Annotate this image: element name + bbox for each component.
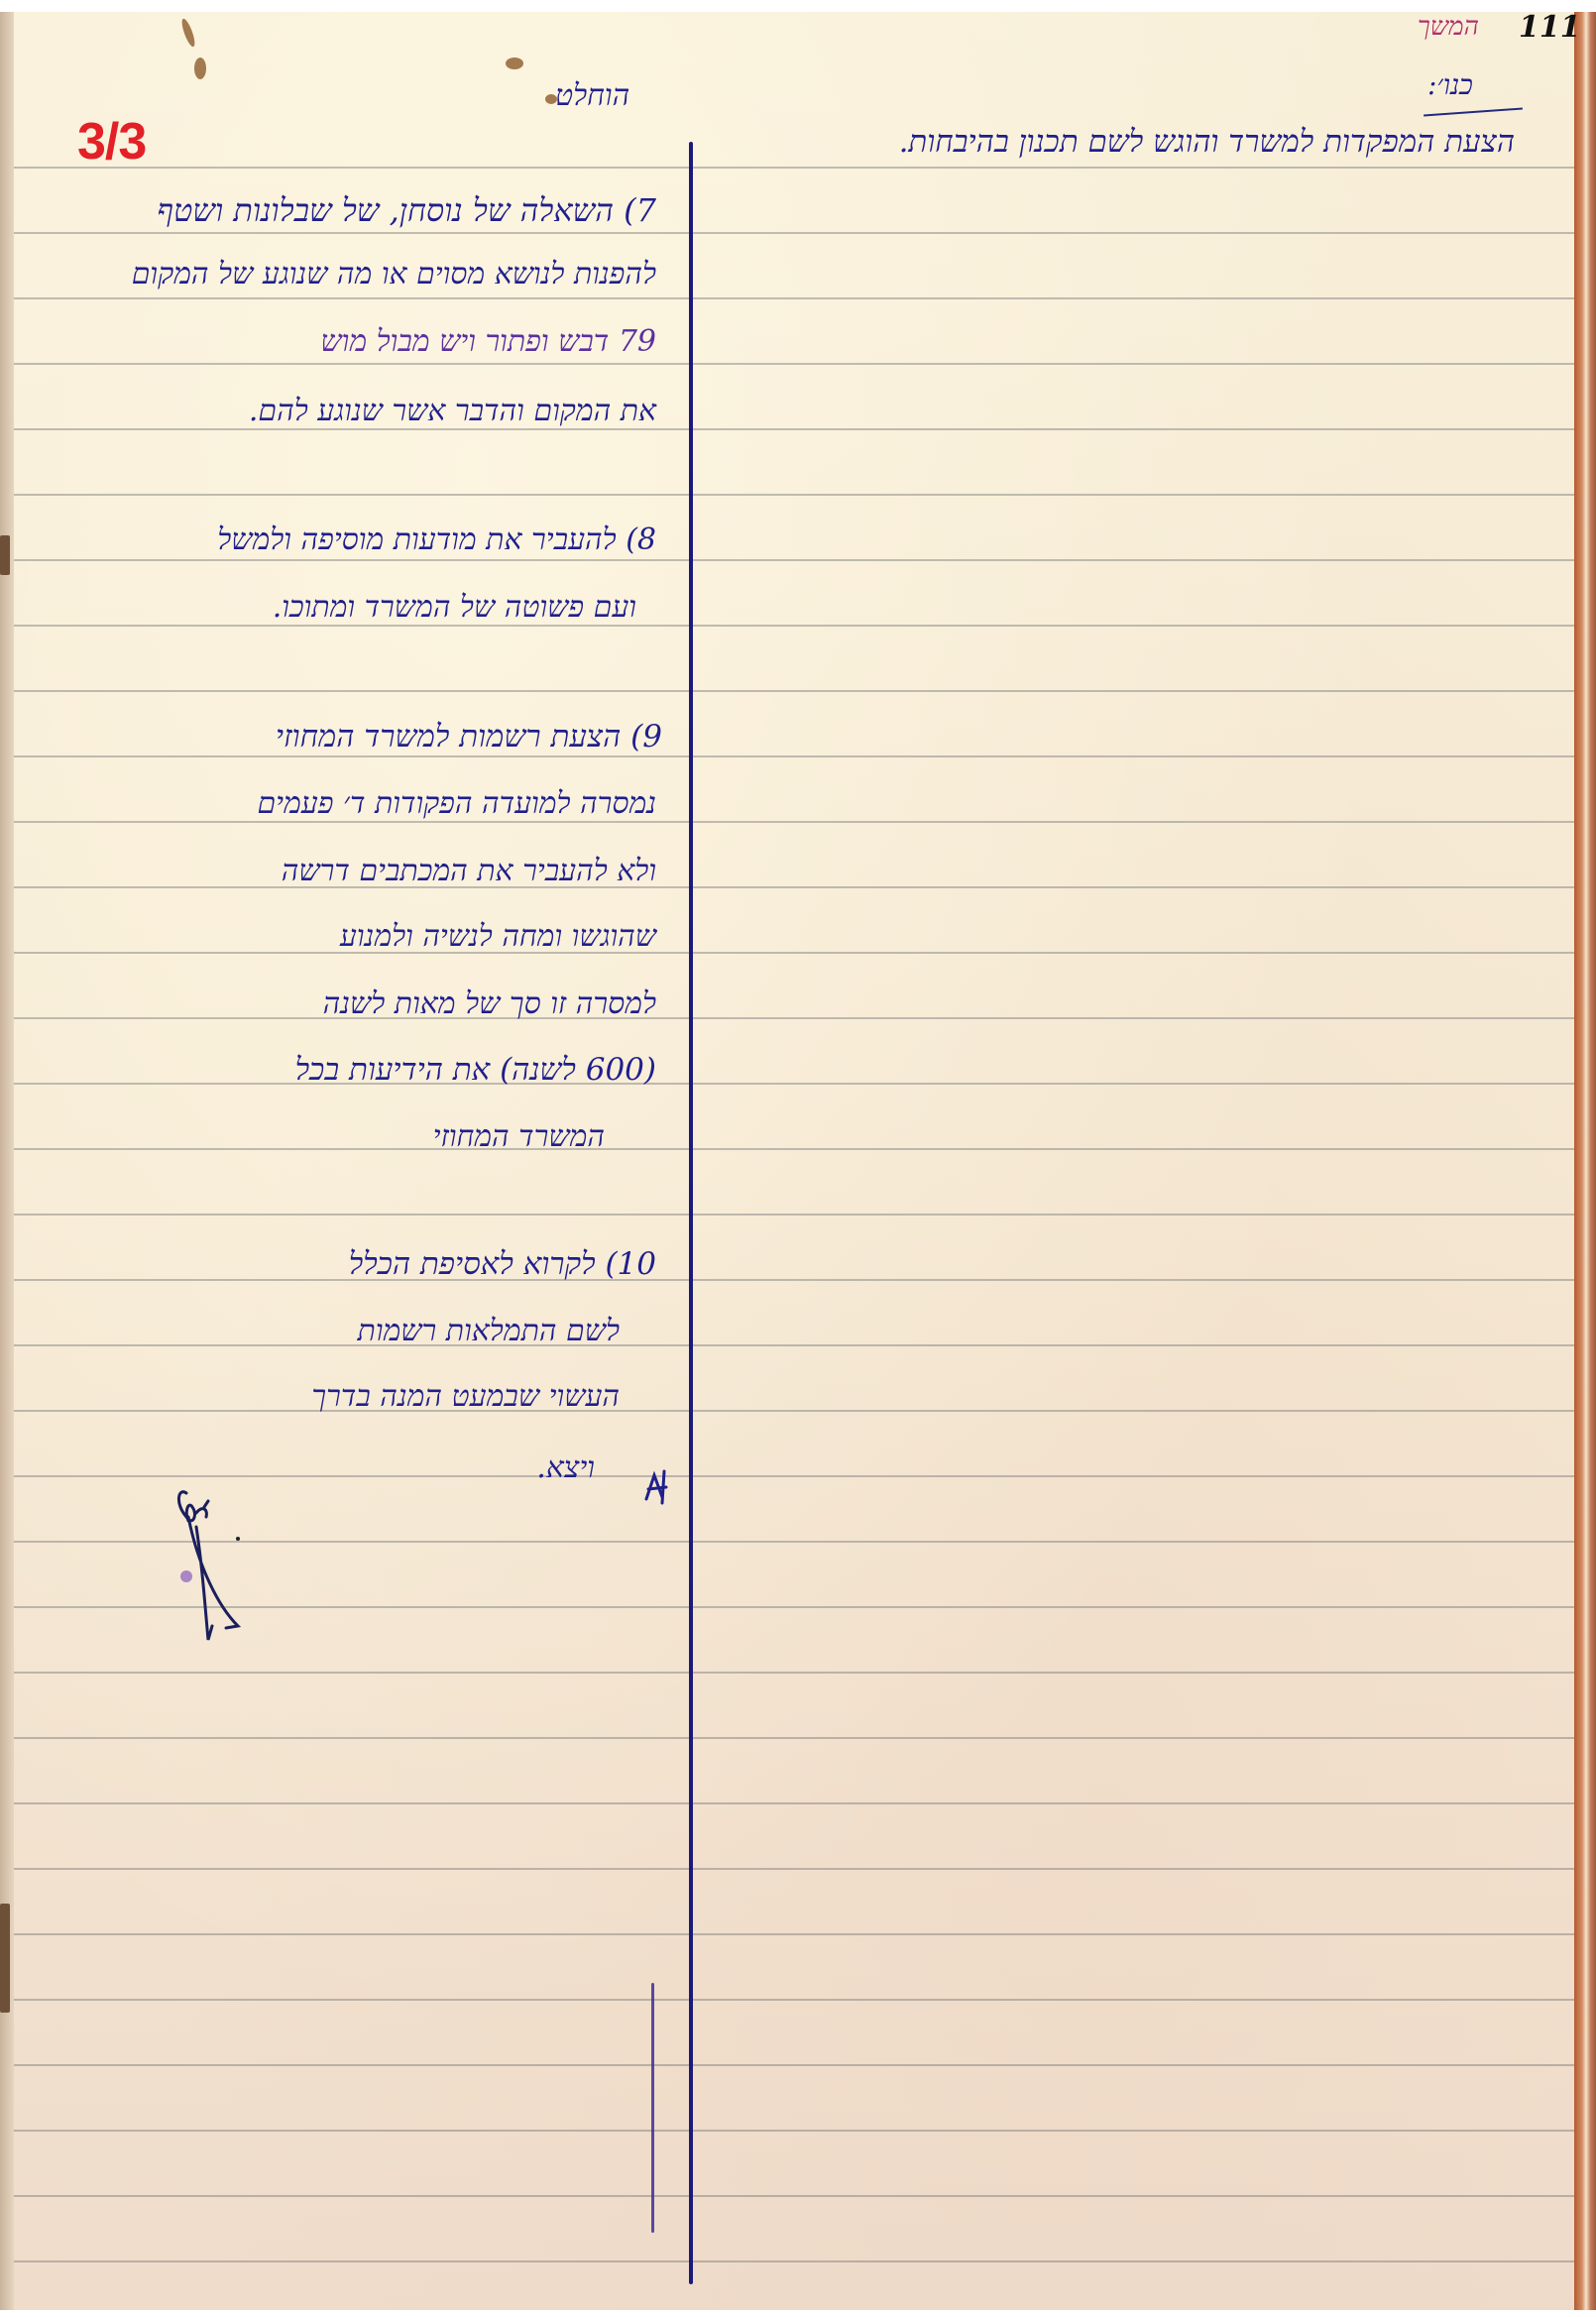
ruled-line — [14, 2130, 1574, 2132]
item-line: שהוגשו ומחה לנשיה ולמנוע — [340, 922, 656, 952]
item-line: המשרד המחוזי — [433, 1122, 605, 1152]
ruled-line — [14, 755, 1574, 757]
item-line: נמסרה למועדה הפקודות ד׳ פעמים — [257, 789, 656, 819]
ruled-line — [14, 886, 1574, 888]
ruled-line — [14, 559, 1574, 561]
ruled-line — [14, 1999, 1574, 2001]
left-column-heading: הוחלט — [555, 81, 629, 111]
left-edge-tab — [0, 535, 10, 575]
ruled-line — [14, 1672, 1574, 1674]
ruled-line — [14, 1737, 1574, 1739]
right-column-heading: כנו׳: — [1427, 71, 1473, 99]
item-line: להפנות לנושא מסוים או מה שנוגע של המקום — [132, 260, 656, 290]
item-line: 9) הצעת רשמות למשרד המחוזי — [276, 722, 662, 753]
left-edge-tab — [0, 1904, 10, 2013]
paper-stain — [506, 58, 523, 69]
item-line: למסרה זו סך של מאות לשנה — [323, 989, 656, 1019]
page-sequence-label: 3/3 — [77, 112, 146, 172]
check-mark-icon — [642, 1469, 672, 1505]
notebook-page — [0, 12, 1574, 2310]
ruled-line — [14, 1802, 1574, 1804]
page-binding-edge — [1574, 12, 1596, 2310]
ruled-line — [14, 363, 1574, 365]
item-line: העשוי שבמעט המנה בדרך — [311, 1382, 620, 1412]
item-line: 7) השאלה של נוסחן, של שבלונות ושטף — [157, 194, 656, 226]
item-line: 10) לקרוא לאסיפת הכלל — [349, 1249, 656, 1280]
item-line: 79 דבש ופתור ויש מבול מוש — [320, 327, 656, 357]
continuation-note: המשך — [1418, 14, 1479, 40]
ruled-line — [14, 1868, 1574, 1870]
paper-stain — [194, 58, 206, 79]
ruled-line — [14, 625, 1574, 627]
item-line: (600 לשנה) את הידיעות בכל — [295, 1055, 656, 1086]
ruled-line — [14, 1475, 1574, 1477]
page-number: 111 — [1519, 10, 1581, 45]
ruled-line — [14, 1279, 1574, 1281]
item-line: ועם פשוטה של המשרד ומתוכו. — [273, 593, 636, 623]
ruled-line — [14, 494, 1574, 496]
ruled-line — [14, 2195, 1574, 2197]
ruled-line — [14, 821, 1574, 823]
ruled-line — [14, 2064, 1574, 2066]
ruled-line — [14, 167, 1574, 169]
ruled-line — [14, 2260, 1574, 2262]
signature-mark — [169, 1487, 258, 1646]
ruled-line — [14, 1148, 1574, 1150]
column-divider-line — [689, 142, 693, 2284]
ruled-line — [14, 297, 1574, 299]
item-line: לשם התמלאות רשמות — [358, 1317, 620, 1346]
item-line: את המקום והדבר אשר שנוגע להם. — [249, 397, 656, 426]
ruled-line — [14, 1083, 1574, 1085]
ruled-line — [14, 1017, 1574, 1019]
ruled-line — [14, 1410, 1574, 1412]
item-line: 8) להעביר את מודעות מוסיפה ולמשל — [217, 525, 656, 555]
ruled-line — [14, 232, 1574, 234]
item-line: ולא להעביר את המכתבים דרשה — [282, 857, 656, 886]
ruled-line — [14, 1344, 1574, 1346]
ruled-line — [14, 952, 1574, 954]
ruled-line — [14, 428, 1574, 430]
right-column-line: הצעת המפקדות למשרד והוגש לשם תכנון בהיבח… — [899, 127, 1515, 158]
item-line: ויצא. — [536, 1453, 595, 1483]
secondary-margin-line — [651, 1983, 654, 2233]
ruled-line — [14, 1933, 1574, 1935]
ruled-line — [14, 1214, 1574, 1216]
ruled-line — [14, 690, 1574, 692]
